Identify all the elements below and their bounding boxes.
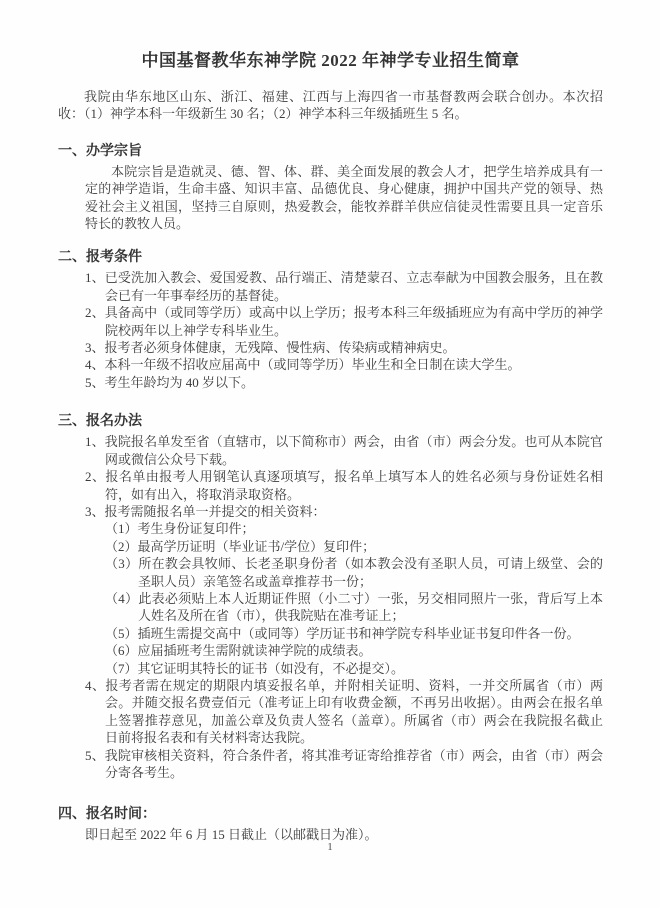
section-application-method: 三、报名办法 1、我院报名单发至省（直辖市，以下简称市）两会，由省（市）两会分发… (58, 410, 603, 781)
sub-list-item: （2）最高学历证明（毕业证书/学位）复印件； (85, 538, 603, 555)
section-heading: 四、报名时间： (58, 803, 603, 823)
sub-list-item: （3）所在教会具牧师、长老圣职身份者（如本教会没有圣职人员，可请上级堂、会的圣职… (85, 555, 603, 590)
list-item: 5、考生年龄均为 40 岁以下。 (85, 374, 603, 391)
list-item: 3、报考者必须身体健康，无残障、慢性病、传染病或精神病史。 (85, 339, 603, 356)
list-item: 1、我院报名单发至省（直辖市，以下简称市）两会，由省（市）两会分发。也可从本院官… (85, 433, 603, 468)
list-item: 2、具备高中（或同等学历）或高中以上学历；报考本科三年级插班应为有高中学历的神学… (85, 304, 603, 339)
section-requirements: 二、报考条件 1、已受洗加入教会、爱国爱教、品行端正、清楚蒙召、立志奉献为中国教… (58, 246, 603, 391)
section-heading: 三、报名办法 (58, 410, 603, 430)
intro-paragraph: 我院由华东地区山东、浙江、福建、江西与上海四省一市基督教两会联合创办。本次招收：… (58, 88, 603, 123)
list-item: 5、我院审核相关资料，符合条件者，将其准考证寄给推荐省（市）两会，由省（市）两会… (85, 747, 603, 782)
document-page: 中国基督教华东神学院 2022 年神学专业招生简章 我院由华东地区山东、浙江、福… (0, 0, 660, 908)
sub-list-item: （1）考生身份证复印件； (85, 520, 603, 537)
list-item: 4、本科一年级不招收应届高中（或同等学历）毕业生和全日制在读大学生。 (85, 356, 603, 373)
document-title: 中国基督教华东神学院 2022 年神学专业招生简章 (58, 46, 603, 71)
section-heading: 二、报考条件 (58, 246, 603, 266)
sub-list-item: （4）此表必须贴上本人近期证件照（小二寸）一张，另交相同照片一张，背后写上本人姓… (85, 590, 603, 625)
sub-list-item: （7）其它证明其特长的证书（如没有，不必提交）。 (85, 660, 603, 677)
list-item: 3、报考需随报名单一并提交的相关资料： (85, 503, 603, 520)
list-item: 1、已受洗加入教会、爱国爱教、品行端正、清楚蒙召、立志奉献为中国教会服务，且在教… (85, 269, 603, 304)
section-application-time: 四、报名时间： 即日起至 2022 年 6 月 15 日截止（以邮戳日为准）。 (58, 803, 603, 843)
list-item: 2、报名单由报考人用钢笔认真逐项填写，报名单上填写本人的姓名必须与身份证姓名相符… (85, 468, 603, 503)
document-content: 中国基督教华东神学院 2022 年神学专业招生简章 我院由华东地区山东、浙江、福… (0, 0, 660, 844)
page-number: 1 (0, 841, 660, 853)
list-item: 4、报考者需在规定的期限内填妥报名单，并附相关证明、资料，一并交所属省（市）两会… (85, 677, 603, 747)
section-purpose: 一、办学宗旨 本院宗旨是造就灵、德、智、体、群、美全面发展的教会人才，把学生培养… (58, 140, 603, 233)
section-heading: 一、办学宗旨 (58, 140, 603, 160)
sub-list-item: （6）应届插班考生需附就读神学院的成绩表。 (85, 642, 603, 659)
section-paragraph: 本院宗旨是造就灵、德、智、体、群、美全面发展的教会人才，把学生培养成具有一定的神… (85, 163, 603, 233)
sub-list-item: （5）插班生需提交高中（或同等）学历证书和神学院专科毕业证书复印件各一份。 (85, 625, 603, 642)
